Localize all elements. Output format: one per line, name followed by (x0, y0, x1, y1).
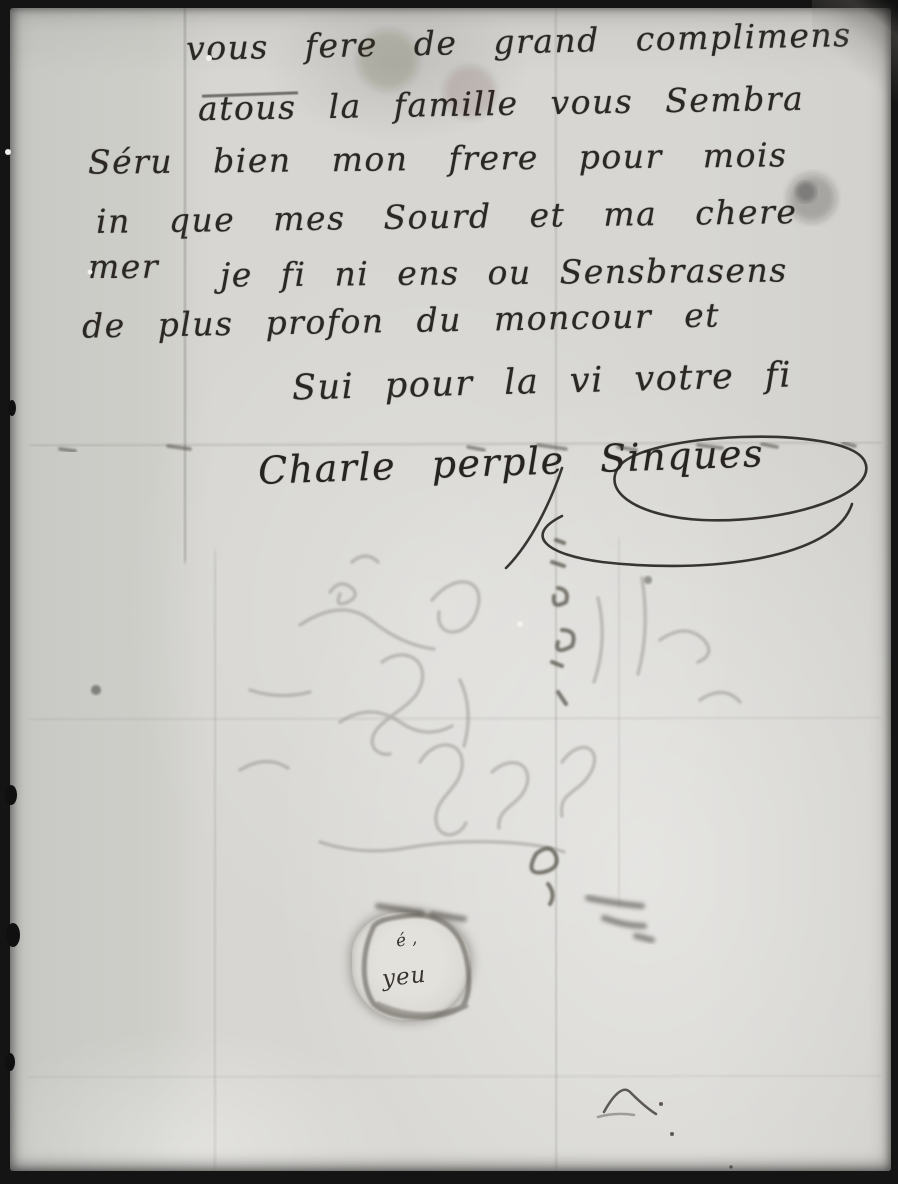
seal-fragment-text-1: é , (394, 928, 418, 951)
letter-line-5: je fi ni ens ou Sensbrasens (220, 251, 788, 295)
letter-scan: vous fere de grand complimens atous la f… (0, 0, 898, 1184)
letter-line-3: Séru bien mon frere pour mois (88, 135, 788, 181)
seal-fragment-text-2: yeu (381, 962, 428, 993)
letter-line-5-word: mer (88, 247, 159, 286)
